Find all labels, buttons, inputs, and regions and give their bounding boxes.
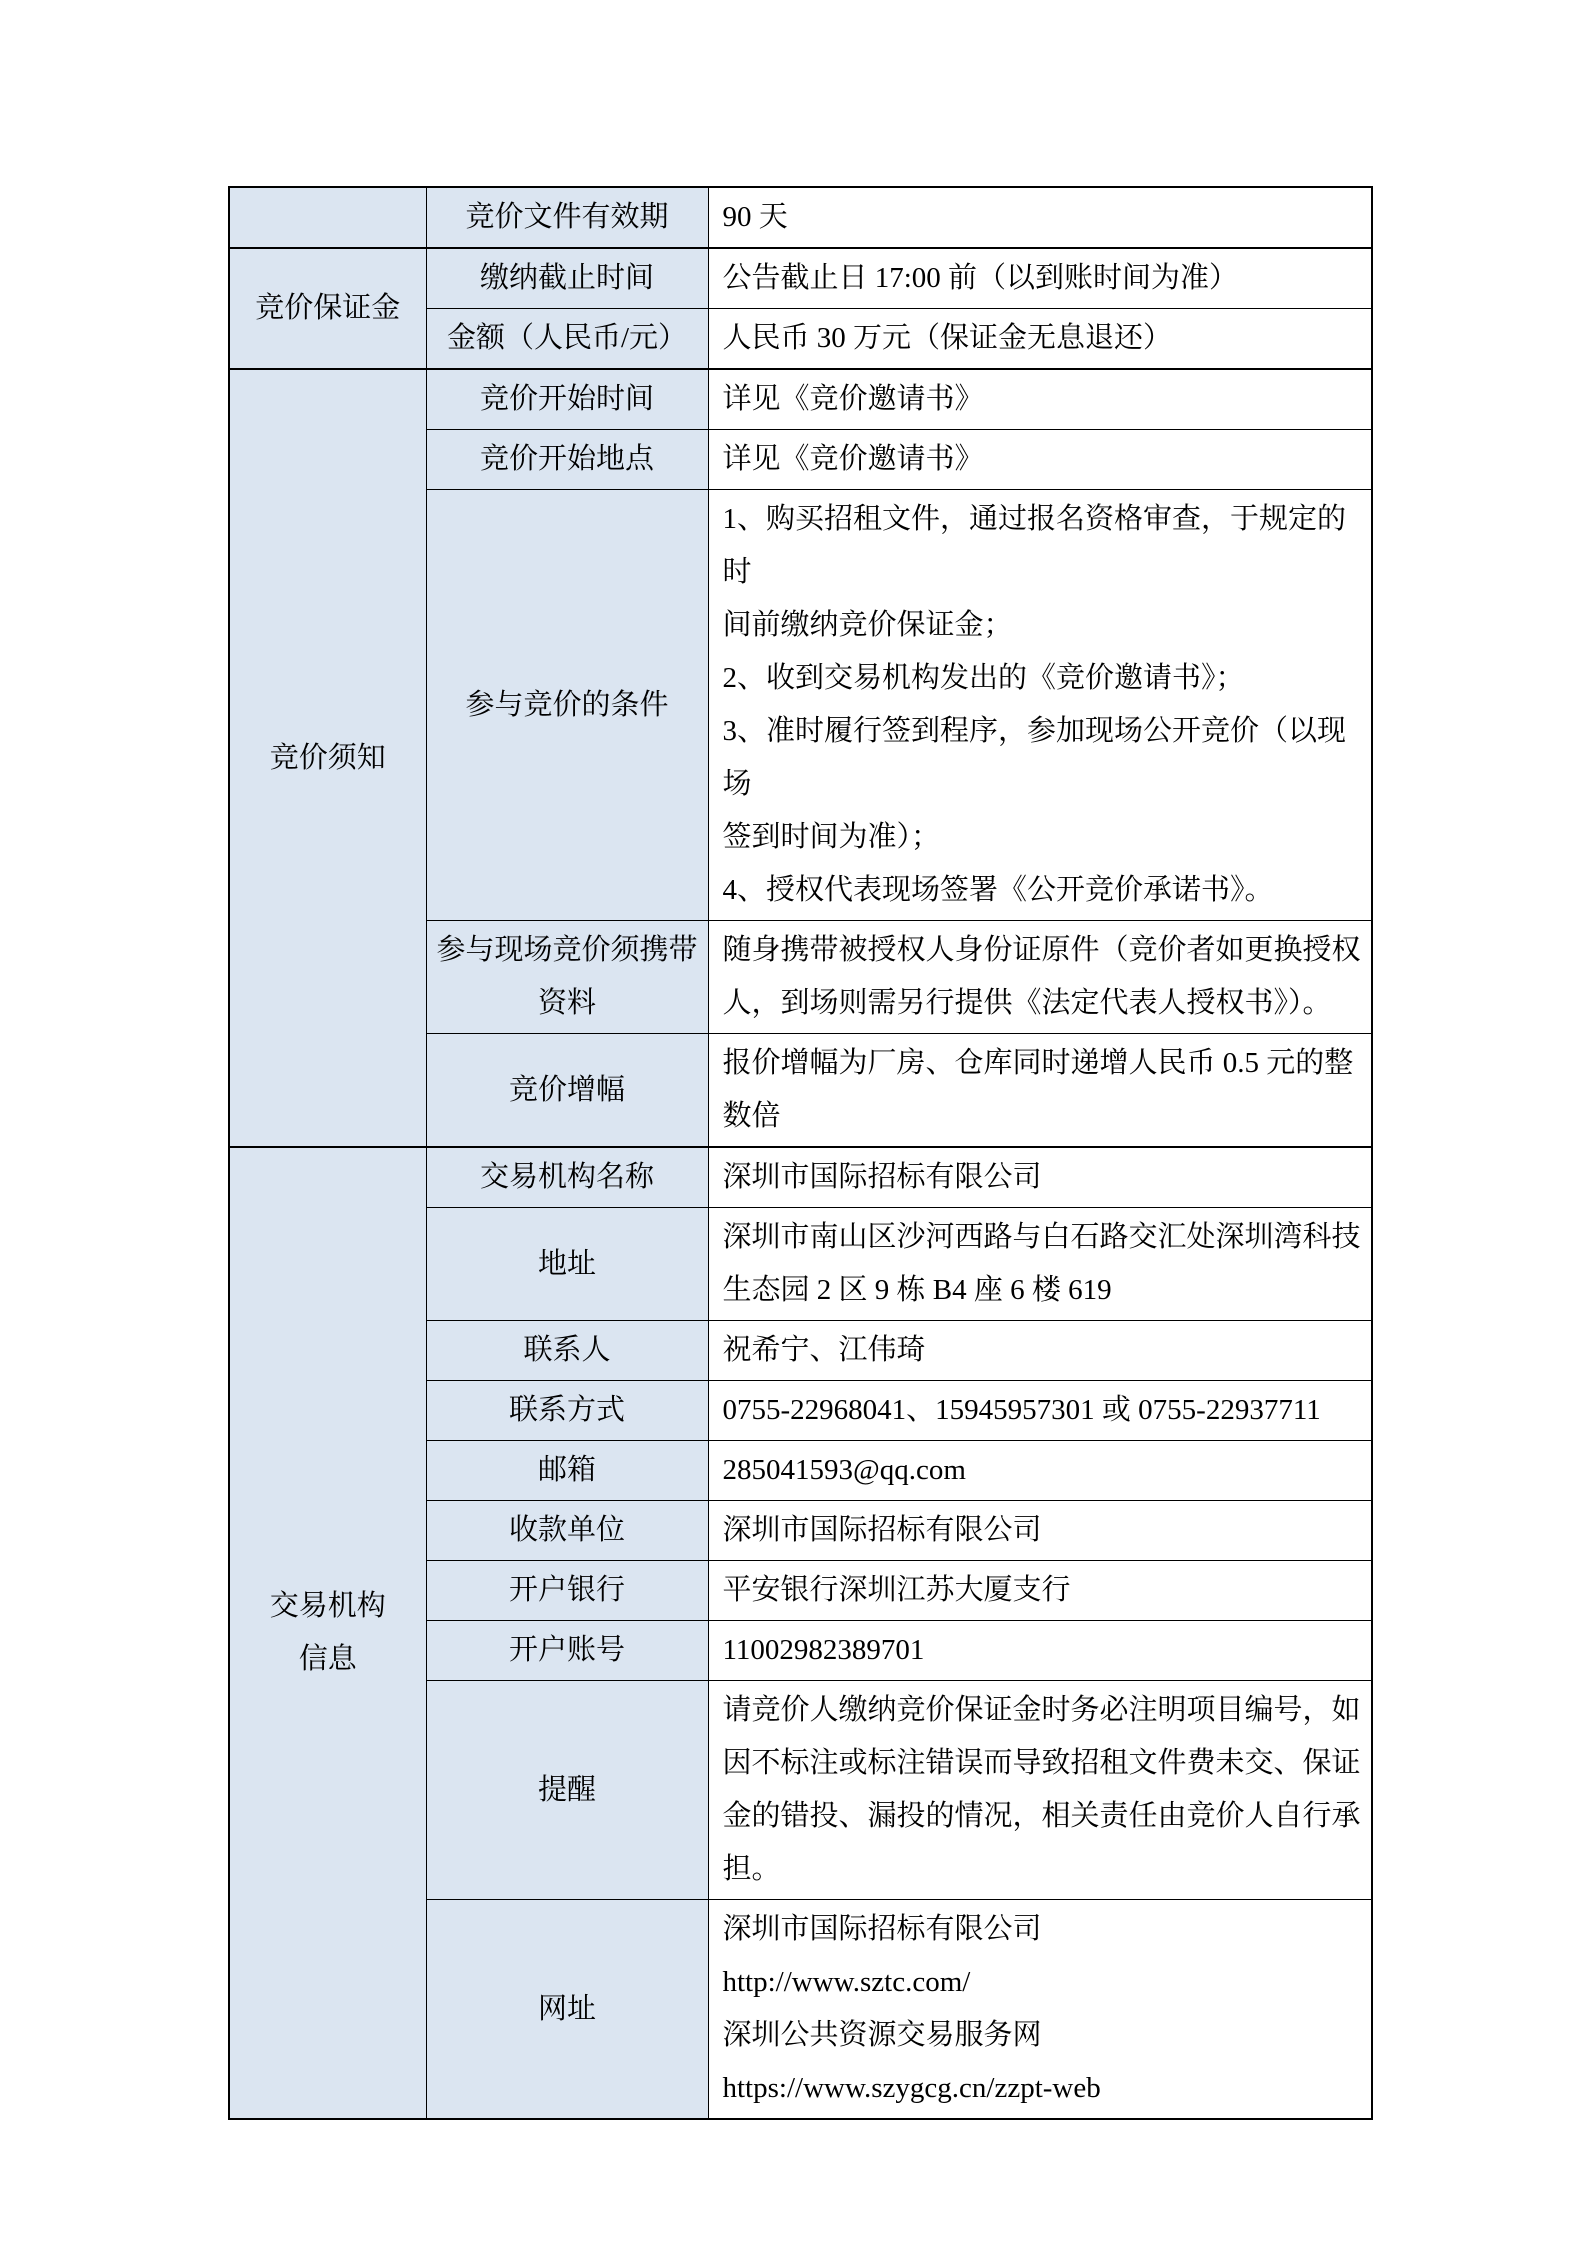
page: { "table": { "sections": [ { "label": ""… (0, 0, 1587, 2245)
field-label-cell: 联系方式 (426, 1381, 708, 1441)
field-label-cell: 竞价开始地点 (426, 430, 708, 490)
section-label-cell-agency: 交易机构 信息 (229, 1147, 426, 2119)
field-value-cell: 人民币 30 万元（保证金无息退还） (708, 309, 1372, 370)
field-value-cell: 90 天 (708, 187, 1372, 248)
field-label-cell: 收款单位 (426, 1501, 708, 1561)
field-label-cell: 竞价增幅 (426, 1034, 708, 1148)
field-label-cell: 网址 (426, 1900, 708, 2120)
field-label-cell: 金额（人民币/元） (426, 309, 708, 370)
field-label-cell: 开户银行 (426, 1561, 708, 1621)
field-label-cell: 参与现场竞价须携带 资料 (426, 921, 708, 1034)
field-value-cell: 深圳市南山区沙河西路与白石路交汇处深圳湾科技 生态园 2 区 9 栋 B4 座 … (708, 1208, 1372, 1321)
field-label-cell: 联系人 (426, 1321, 708, 1381)
table-row: 竞价保证金 缴纳截止时间 公告截止日 17:00 前（以到账时间为准） (229, 248, 1372, 309)
field-value-cell: 祝希宁、江伟琦 (708, 1321, 1372, 1381)
field-value-cell: 详见《竞价邀请书》 (708, 430, 1372, 490)
field-value-cell: 报价增幅为厂房、仓库同时递增人民币 0.5 元的整 数倍 (708, 1034, 1372, 1148)
field-value-cell: 1、购买招租文件，通过报名资格审查，于规定的时 间前缴纳竞价保证金； 2、收到交… (708, 490, 1372, 921)
table-row: 竞价须知 竞价开始时间 详见《竞价邀请书》 (229, 369, 1372, 430)
field-value-cell: 平安银行深圳江苏大厦支行 (708, 1561, 1372, 1621)
field-label-cell: 竞价文件有效期 (426, 187, 708, 248)
field-label-cell: 缴纳截止时间 (426, 248, 708, 309)
field-label-cell: 地址 (426, 1208, 708, 1321)
field-label-cell: 竞价开始时间 (426, 369, 708, 430)
field-value-cell: 深圳市国际招标有限公司 (708, 1501, 1372, 1561)
field-label-cell: 提醒 (426, 1681, 708, 1900)
field-label-cell: 参与竞价的条件 (426, 490, 708, 921)
section-label-cell-notice: 竞价须知 (229, 369, 426, 1147)
field-value-cell: 公告截止日 17:00 前（以到账时间为准） (708, 248, 1372, 309)
field-value-cell: 详见《竞价邀请书》 (708, 369, 1372, 430)
field-label-cell: 邮箱 (426, 1441, 708, 1501)
section-label-cell-empty (229, 187, 426, 248)
table-row: 竞价文件有效期 90 天 (229, 187, 1372, 248)
field-value-cell: 随身携带被授权人身份证原件（竞价者如更换授权 人，到场则需另行提供《法定代表人授… (708, 921, 1372, 1034)
section-label-cell-deposit: 竞价保证金 (229, 248, 426, 369)
field-value-cell: 深圳市国际招标有限公司 (708, 1147, 1372, 1208)
field-value-cell: 深圳市国际招标有限公司 http://www.sztc.com/ 深圳公共资源交… (708, 1900, 1372, 2120)
field-value-cell: 11002982389701 (708, 1621, 1372, 1681)
field-value-cell: 285041593@qq.com (708, 1441, 1372, 1501)
table-row: 交易机构 信息 交易机构名称 深圳市国际招标有限公司 (229, 1147, 1372, 1208)
field-label-cell: 开户账号 (426, 1621, 708, 1681)
bidding-info-table: 竞价文件有效期 90 天 竞价保证金 缴纳截止时间 公告截止日 17:00 前（… (228, 186, 1373, 2120)
field-value-cell: 请竞价人缴纳竞价保证金时务必注明项目编号，如 因不标注或标注错误而导致招租文件费… (708, 1681, 1372, 1900)
field-value-cell: 0755-22968041、15945957301 或 0755-2293771… (708, 1381, 1372, 1441)
field-label-cell: 交易机构名称 (426, 1147, 708, 1208)
